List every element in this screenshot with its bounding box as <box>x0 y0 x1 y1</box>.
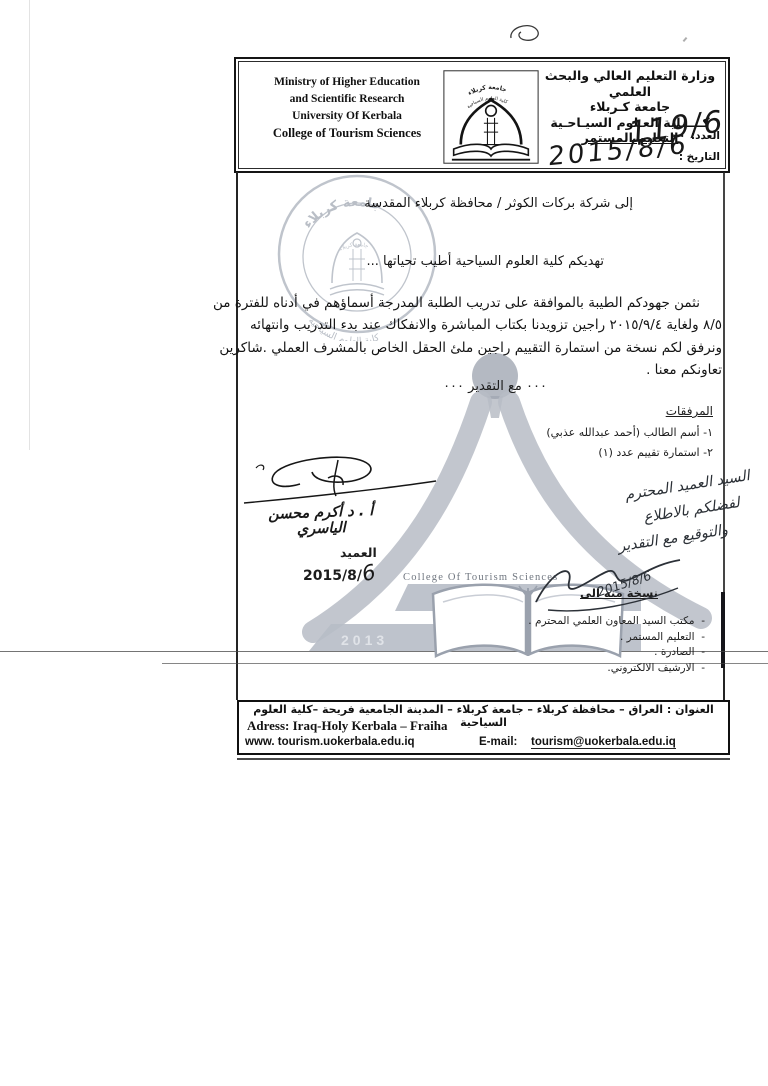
paragraph-line-1: نثمن جهودكم الطيبة بالموافقة على تدريب ا… <box>213 292 700 314</box>
svg-text:جامعة كربلاء: جامعة كربلاء <box>467 84 508 97</box>
dean-title: العميد <box>340 545 377 560</box>
dean-date-handwritten-digit: 6 <box>362 559 376 587</box>
university-line-en: University Of Kerbala <box>249 108 445 125</box>
distribution-list: - مكتب السيد المعاون العلمي المحترم . - … <box>455 614 705 676</box>
greeting-line: تهديكم كلية العلوم السياحية أطيب تحياتها… <box>367 254 604 269</box>
footer-email-link: tourism@uokerbala.edu.iq <box>531 736 676 749</box>
research-line-en: and Scientific Research <box>249 91 445 108</box>
frame-right-lower-line <box>723 668 725 700</box>
attachments-title: المرفقات <box>666 404 713 418</box>
attachment-item-1: ١- أسم الطالب (أحمد عبدالله عذبي) <box>546 426 713 439</box>
stamp-inner-arc-text: جامعة كربلاء <box>338 241 369 252</box>
ministry-english-block: Ministry of Higher Education and Scienti… <box>249 74 445 142</box>
pen-scribble-top <box>505 20 560 46</box>
dean-date-printed: 2015/8/ <box>303 568 362 584</box>
attachment-item-2: ٢- استمارة تقييم عدد (١) <box>598 446 713 459</box>
footer-address-box: العنوان : العراق – محافظة كربلاء – جامعة… <box>237 700 730 755</box>
paragraph-line-2: ٨/٥ ولغاية ٢٠١٥/٩/٤ راجين تزويدنا بكتاب … <box>250 314 722 336</box>
frame-left-line <box>236 172 238 700</box>
paragraph-line-4: تعاونكم معنا . <box>646 359 722 381</box>
ministry-line-ar: وزارة التعليم العالي والبحث العلمي <box>539 68 721 99</box>
logo-arc-top-text: جامعة كربلاء <box>467 84 508 97</box>
dean-date: 2015/8/6 <box>303 561 375 585</box>
scanned-letter-page: College Of Tourism Sciences 2013 جامعة ك… <box>0 0 768 1086</box>
dean-name: أ . د أكرم محسن الياسري <box>245 502 396 539</box>
footer-website: www. tourism.uokerbala.edu.iq <box>245 736 415 748</box>
svg-text:جامعة كربلاء: جامعة كربلاء <box>338 241 369 252</box>
footer-email-label: E-mail: <box>479 736 517 748</box>
distribution-item-2: - التعليم المستمر . <box>455 630 705 646</box>
college-line-en: College of Tourism Sciences <box>249 125 445 142</box>
dean-signature-scribble <box>240 450 440 510</box>
closing-regards: ٠٠٠ مع التقدير ٠٠٠ <box>420 379 570 394</box>
ministry-line-en: Ministry of Higher Education <box>249 74 445 91</box>
watermark-year: 2013 <box>341 632 388 648</box>
distribution-item-4: - الارشيف الالكتروني. <box>455 661 705 677</box>
scan-artifact-faint-left-line <box>29 0 30 450</box>
footer-outer-bottom-line <box>237 758 730 760</box>
paragraph-line-3: ونرفق لكم نسخة من استمارة التقييم راجين … <box>219 337 722 359</box>
university-logo: جامعة كربلاء كلية العلوم السياحية <box>443 67 539 167</box>
recipient-line: إلى شركة بركات الكوثر / محافظة كربلاء ال… <box>364 196 633 211</box>
footer-address-english: Adress: Iraq-Holy Kerbala – Fraiha <box>247 718 448 734</box>
logo-book-icon <box>452 144 530 159</box>
scan-speck <box>683 37 688 42</box>
distribution-item-3: - الصادرة . <box>455 645 705 661</box>
